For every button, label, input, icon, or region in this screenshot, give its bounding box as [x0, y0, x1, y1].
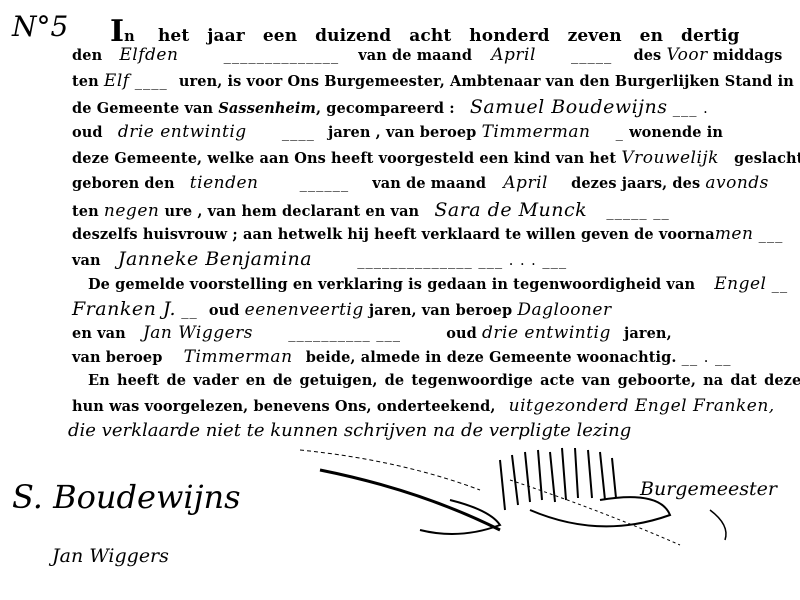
line-9: deszelfs huisvrouw ; aan hetwelk hij hee…	[72, 224, 783, 244]
line-7: geboren den tienden ______ van de maand …	[72, 173, 769, 193]
line-11: De gemelde voorstelling en verklaring is…	[88, 274, 788, 294]
line-6: deze Gemeente, welke aan Ons heeft voorg…	[72, 148, 800, 168]
line-2: den Elfden ______________ van de maand A…	[72, 45, 782, 65]
initial-letter: I	[110, 14, 124, 49]
line-8: ten negen ure , van hem declarant en van…	[72, 199, 670, 221]
line-10: van Janneke Benjamina ______________ ___…	[72, 248, 567, 270]
line-4: de Gemeente van Sassenheim, gecompareerd…	[72, 96, 709, 118]
line-3: ten Elf ____ uren, is voor Ons Burgemees…	[72, 71, 794, 91]
birth-certificate-page: N°5 In het jaar een duizend acht honderd…	[0, 0, 800, 600]
line-1: In het jaar een duizend acht honderd zev…	[110, 14, 740, 49]
mayor-signature: Burgemeester	[640, 478, 777, 500]
father-signature: S. Boudewijns	[12, 478, 241, 516]
line-14: van beroep Timmerman beide, almede in de…	[72, 347, 732, 367]
line-12: Franken J. __ oud eenenveertig jaren, va…	[72, 298, 612, 320]
witness-signature: Jan Wiggers	[52, 545, 169, 567]
line-13: en van Jan Wiggers __________ ___ oud dr…	[72, 323, 672, 343]
line-16: hun was voorgelezen, benevens Ons, onder…	[72, 396, 775, 416]
act-number: N°5	[12, 10, 68, 43]
line-5: oud drie entwintig ____ jaren , van bero…	[72, 122, 723, 142]
line-15: En heeft de vader en de getuigen, de teg…	[88, 372, 800, 389]
